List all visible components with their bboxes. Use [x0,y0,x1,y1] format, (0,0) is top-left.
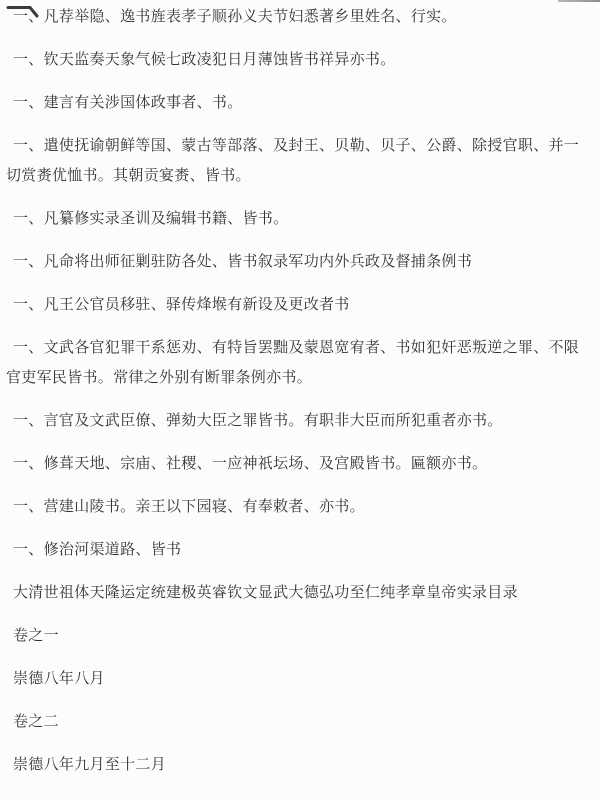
rule-item: 一、钦天监奏天象气候七政凌犯日月薄蚀皆书祥异亦书。 [6,45,592,75]
toc-volume-1-label: 卷之一 [6,621,592,651]
toc-volume-1-date-range: 崇德八年八月 [6,664,592,694]
toc-volume-2-date-range: 崇德八年九月至十二月 [6,750,592,780]
catalog-toc-list: 卷之一 崇德八年八月 卷之二 崇德八年九月至十二月 [6,621,592,780]
shilu-catalog-title: 大清世祖体天隆运定统建极英睿钦文显武大德弘功至仁纯孝章皇帝实录目录 [6,578,592,608]
rule-item: 一、遣使抚谕朝鲜等国、蒙古等部落、及封王、贝勒、贝子、公爵、除授官职、并一切赏赉… [6,131,592,191]
rule-item: 一、凡纂修实录圣训及编辑书籍、皆书。 [6,204,592,234]
scanned-document-page: { "page": { "background_color": "#fcfcfc… [0,0,600,800]
rule-item: 一、凡荐举隐、逸书旌表孝子顺孙义夫节妇悉著乡里姓名、行实。 [6,2,592,32]
rule-item: 一、文武各官犯罪干系惩劝、有特旨罢黜及蒙恩宽宥者、书如犯奸恶叛逆之罪、不限官吏军… [6,333,592,393]
fanli-rules-list: 一、凡荐举隐、逸书旌表孝子顺孙义夫节妇悉著乡里姓名、行实。 一、钦天监奏天象气候… [6,2,592,565]
rule-item: 一、修葺天地、宗庙、社稷、一应神祇坛场、及宫殿皆书。匾额亦书。 [6,449,592,479]
rule-item: 一、修治河渠道路、皆书 [6,535,592,565]
rule-item: 一、凡王公官员移驻、驿传烽堠有新设及更改者书 [6,290,592,320]
toc-volume-2-label: 卷之二 [6,707,592,737]
rule-item: 一、凡命将出师征剿驻防各处、皆书叙录军功内外兵政及督捕条例书 [6,247,592,277]
rule-item: 一、言官及文武臣僚、弹劾大臣之罪皆书。有职非大臣而所犯重者亦书。 [6,406,592,436]
document-body: 一、凡荐举隐、逸书旌表孝子顺孙义夫节妇悉著乡里姓名、行实。 一、钦天监奏天象气候… [0,0,600,780]
rule-item: 一、建言有关涉国体政事者、书。 [6,88,592,118]
rule-item: 一、营建山陵书。亲王以下园寝、有奉敕者、亦书。 [6,492,592,522]
